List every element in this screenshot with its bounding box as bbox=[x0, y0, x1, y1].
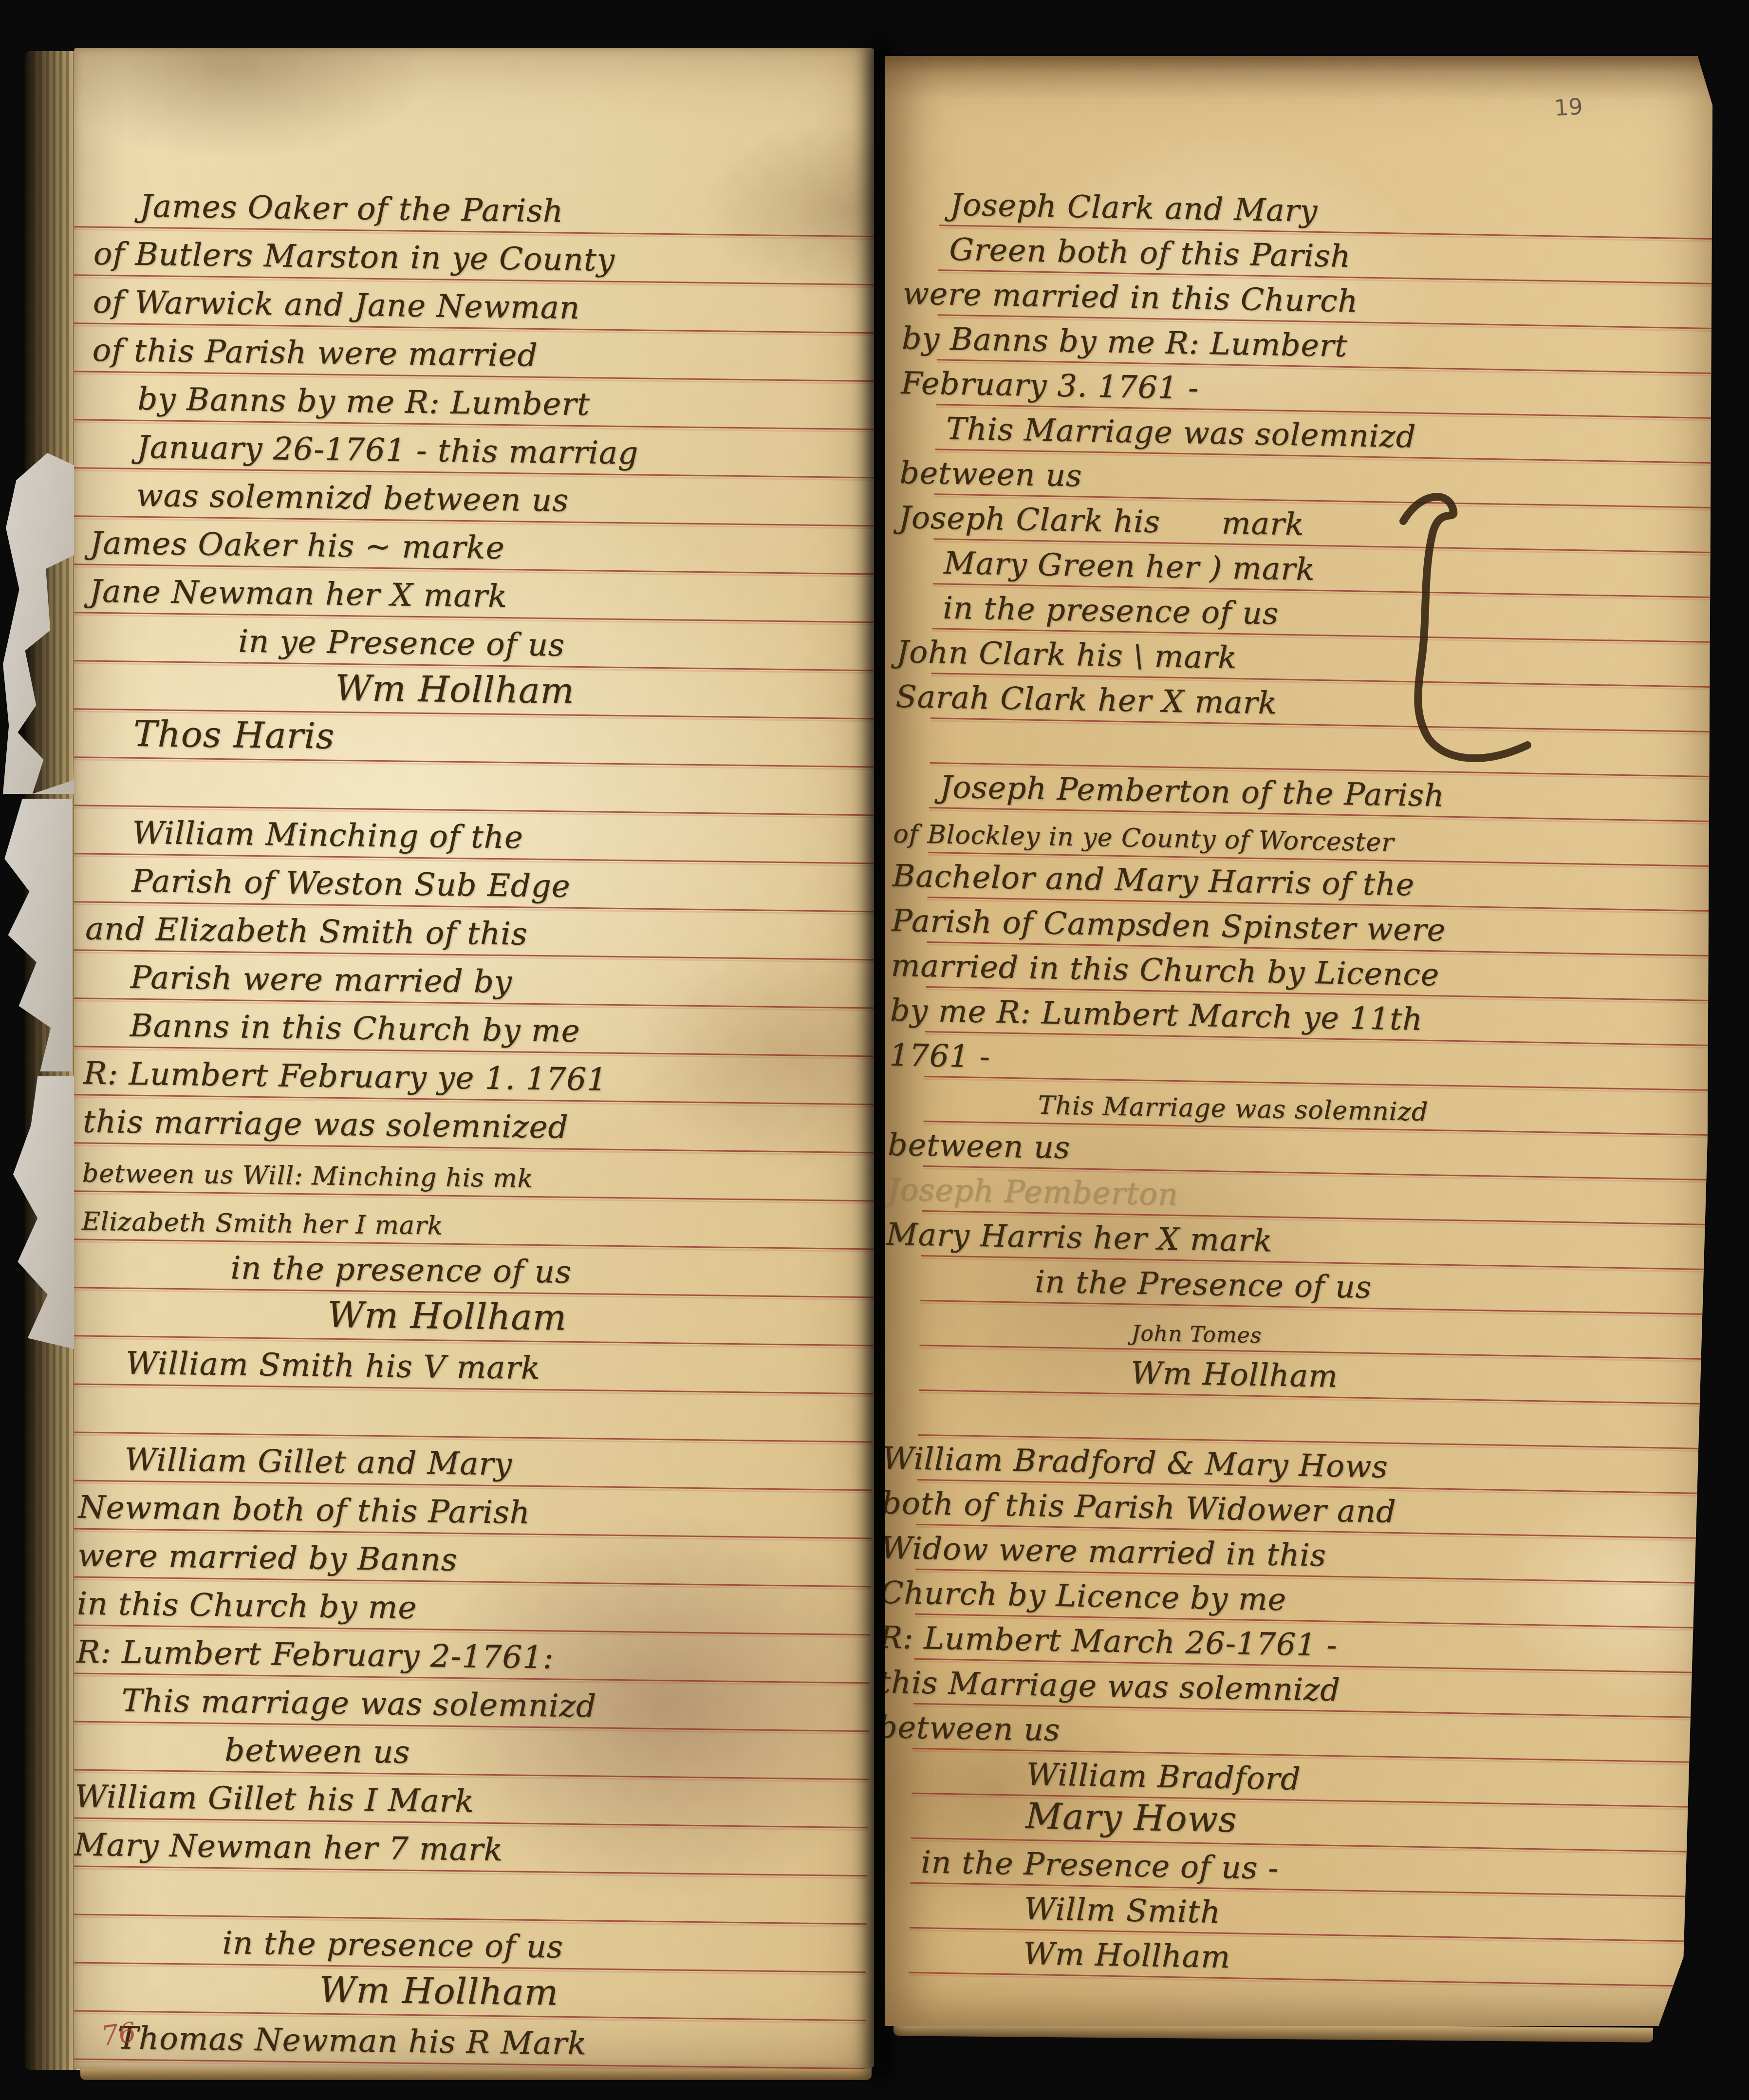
handwritten-text: of this Parish were married bbox=[92, 333, 538, 374]
handwritten-text: this Marriage was solemnizd bbox=[885, 1665, 1340, 1708]
book-gutter bbox=[874, 47, 885, 2073]
handwritten-text: Parish of Campsden Spinster were bbox=[892, 903, 1446, 948]
manuscript-line: Thomas Newman his R Mark bbox=[74, 2011, 869, 2069]
handwritten-text: William Smith his V mark bbox=[125, 1346, 540, 1387]
handwritten-text: Elizabeth Smith her I mark bbox=[81, 1207, 443, 1241]
handwritten-text: this marriage was solemnized bbox=[82, 1104, 568, 1146]
handwritten-text: in this Church by me bbox=[76, 1586, 417, 1626]
handwritten-text: R: Lumbert February ye 1. 1761 bbox=[83, 1056, 607, 1098]
page-bottom-edge-left bbox=[80, 2067, 872, 2080]
handwritten-text: by me R: Lumbert March ye 11th bbox=[890, 993, 1423, 1037]
handwritten-text: Banns in this Church by me bbox=[130, 1008, 580, 1050]
handwritten-text: January 26-1761 - this marriag bbox=[136, 430, 638, 472]
handwritten-text: Mary Green her ) mark bbox=[944, 545, 1316, 587]
left-page-entries: James Oaker of the Parish of Butlers Mar… bbox=[74, 179, 875, 2069]
handwritten-text: in the presence of us bbox=[222, 1925, 563, 1966]
handwritten-text: February 3. 1761 - bbox=[901, 365, 1199, 406]
handwritten-text: in the presence of us bbox=[230, 1250, 572, 1291]
handwritten-text: Thos Haris bbox=[133, 713, 335, 757]
handwritten-text: Bachelor and Mary Harris of the bbox=[892, 858, 1414, 903]
page-number-pencil: 19 bbox=[1554, 93, 1584, 121]
handwritten-text: Joseph Clark his mark bbox=[898, 500, 1304, 543]
handwritten-text: both of this Parish Widower and bbox=[885, 1485, 1396, 1530]
handwritten-text: Green both of this Parish bbox=[949, 232, 1351, 274]
handwritten-text: in ye Presence of us bbox=[238, 623, 565, 663]
handwritten-text: married in this Church by Licence bbox=[891, 948, 1440, 993]
handwritten-text: by Banns by me R: Lumbert bbox=[137, 381, 590, 423]
right-page-entries: Joseph Clark and Mary Green both of this… bbox=[885, 180, 1712, 1987]
handwritten-text: William Gillet his I Mark bbox=[74, 1779, 475, 1819]
handwritten-text: William Bradford bbox=[1026, 1757, 1301, 1797]
handwritten-text: between us bbox=[885, 1709, 1061, 1748]
handwritten-text: Willm Smith bbox=[1023, 1891, 1221, 1930]
handwritten-text: and Elizabeth Smith of this bbox=[85, 911, 527, 953]
handwritten-text: between us bbox=[888, 1127, 1071, 1166]
handwritten-text: This Marriage was solemnizd bbox=[1038, 1091, 1428, 1127]
handwritten-text: William Bradford & Mary Hows bbox=[885, 1441, 1388, 1485]
handwritten-text: 1761 - bbox=[889, 1037, 991, 1075]
handwritten-text: Mary Newman her 7 mark bbox=[74, 1827, 503, 1868]
handwritten-text: between us bbox=[224, 1732, 410, 1771]
handwritten-text: in the Presence of us - bbox=[921, 1844, 1279, 1886]
handwritten-text: William Minching of the bbox=[132, 815, 523, 856]
handwritten-text: Wm Hollham bbox=[1131, 1355, 1339, 1394]
handwritten-text: Joseph Pemberton of the Parish bbox=[940, 769, 1445, 813]
handwritten-text: in the presence of us bbox=[943, 590, 1279, 632]
register-page-right: Joseph Clark and Mary Green both of this… bbox=[885, 56, 1712, 2026]
handwritten-text: Wm Hollham bbox=[327, 1294, 567, 1339]
handwritten-text: Parish of Weston Sub Edge bbox=[131, 863, 571, 905]
handwritten-text: James Oaker of the Parish bbox=[139, 188, 563, 230]
handwritten-text: William Gillet and Mary bbox=[124, 1442, 512, 1483]
handwritten-text: of Blockley in ye County of Worcester bbox=[893, 820, 1395, 858]
handwritten-text: between us Will: Minching his mk bbox=[82, 1159, 533, 1194]
handwritten-text: Jane Newman her X mark bbox=[89, 574, 507, 615]
handwritten-text: by Banns by me R: Lumbert bbox=[902, 320, 1348, 364]
folio-number-red: 76 bbox=[99, 2016, 138, 2052]
handwritten-text: were married in this Church bbox=[902, 276, 1358, 319]
handwritten-text: John Clark his \ mark bbox=[896, 634, 1237, 675]
handwritten-text: of Warwick and Jane Newman bbox=[93, 284, 580, 326]
handwritten-text: Wm Hollham bbox=[319, 1969, 559, 2014]
marriage-register-photo: James Oaker of the Parish of Butlers Mar… bbox=[0, 0, 1749, 2100]
handwritten-text: in the Presence of us bbox=[1035, 1264, 1372, 1305]
handwritten-text: Wm Hollham bbox=[1023, 1936, 1231, 1975]
handwritten-text: Joseph Clark and Mary bbox=[950, 187, 1318, 229]
handwritten-text: Wm Hollham bbox=[335, 668, 575, 712]
handwritten-text: were married by Banns bbox=[77, 1538, 458, 1579]
handwritten-text: Sarah Clark her X mark bbox=[895, 679, 1278, 721]
handwritten-text: John Tomes bbox=[1131, 1321, 1262, 1349]
handwritten-text: James Oaker his ~ marke bbox=[90, 525, 505, 566]
register-page-left: James Oaker of the Parish of Butlers Mar… bbox=[74, 48, 875, 2069]
handwritten-text: Mary Hows bbox=[1025, 1796, 1238, 1841]
handwritten-text: Widow were married in this bbox=[885, 1530, 1327, 1574]
handwritten-text: Thomas Newman his R Mark bbox=[117, 2021, 587, 2062]
handwritten-text: Joseph Pemberton bbox=[887, 1172, 1178, 1212]
handwritten-text: This marriage was solemnizd bbox=[121, 1683, 596, 1725]
handwritten-text: of Butlers Marston in ye County bbox=[93, 236, 615, 279]
handwritten-text: between us bbox=[899, 455, 1082, 494]
clark-mark-stroke bbox=[1377, 472, 1552, 784]
handwritten-text: Parish were married by bbox=[130, 960, 512, 1001]
handwritten-text: was solemnizd between us bbox=[136, 478, 569, 519]
handwritten-text: Mary Harris her X mark bbox=[886, 1217, 1273, 1259]
handwritten-text: Church by Licence by me bbox=[885, 1575, 1287, 1618]
manuscript-line: Wm Hollham bbox=[74, 1963, 869, 2022]
handwritten-text: R: Lumbert March 26-1761 - bbox=[885, 1620, 1338, 1663]
handwritten-text: Newman both of this Parish bbox=[78, 1490, 530, 1531]
handwritten-text: This Marriage was solemnizd bbox=[946, 411, 1416, 455]
handwritten-text: R: Lumbert February 2-1761: bbox=[76, 1634, 554, 1676]
